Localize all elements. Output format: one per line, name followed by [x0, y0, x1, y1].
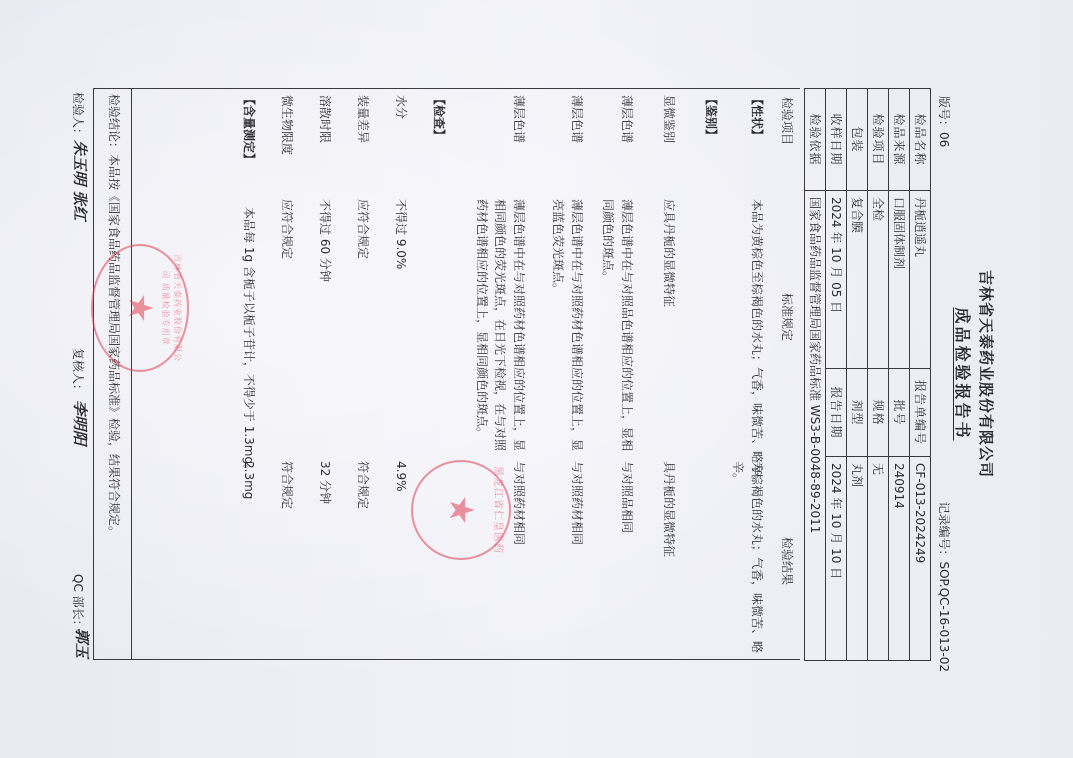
- section-identification: 【鉴别】: [701, 93, 720, 141]
- company-name: 吉林省天泰药业股份有限公司: [974, 88, 997, 660]
- result-text: 具丹栀的显微特征: [659, 461, 678, 653]
- inspector-signature: 朱玉明 张红: [68, 140, 91, 220]
- report-no-value: CF-013-2024249: [910, 457, 931, 661]
- dosage-value: 丸剂: [847, 457, 868, 661]
- item-text: 薄层色谱: [509, 95, 528, 143]
- item-label: 检验项目: [868, 89, 889, 191]
- results-section: 检验项目 标准规定 检验结果 【性状】 本品为黄棕色至棕褐色的水丸；气香，味微苦…: [93, 88, 800, 660]
- result-text: 为棕褐色的水丸；气香，味微苦、略辛。: [729, 461, 766, 653]
- column-header-item: 检验项目: [777, 97, 796, 145]
- standard-text: 薄层色谱中在与对照品色谱相应的位置上，显相同颜色的斑点。: [599, 199, 636, 457]
- info-row: 检品来源 口服固体制剂 批号 240914: [889, 89, 910, 661]
- result-text: 与对照品相同: [617, 461, 636, 653]
- signature-line: 检验人： 朱玉明 张红 复核人： 李明阳 QC 部长： 郭玉: [63, 88, 87, 660]
- source-label: 检品来源: [889, 89, 910, 191]
- info-row: 检验项目 全检 规格 无: [868, 89, 889, 661]
- standard-text: 应具丹栀的显微特征: [659, 199, 678, 499]
- result-text: 符合规定: [353, 461, 372, 653]
- official-stamp-2: 吉林省天泰药业股份有限公司 质量检验专用章 ★: [91, 244, 189, 372]
- product-name-value: 丹栀逍遥丸: [910, 191, 931, 369]
- section-character: 【性状】: [747, 93, 766, 141]
- standard-text: 不得过 9.0%: [391, 199, 410, 499]
- product-info-table: 检品名称 丹栀逍遥丸 报告单编号 CF-013-2024249 检品来源 口服固…: [804, 88, 931, 661]
- package-value: 复合膜: [847, 191, 868, 369]
- standard-text: 薄层色谱中在与对照药材色谱相应的位置上，显相同颜色的荧光斑点，在日光下检视，在与…: [472, 199, 528, 457]
- item-value: 全检: [868, 191, 889, 369]
- item-text: 薄层色谱: [617, 95, 636, 143]
- spec-label: 规格: [868, 369, 889, 457]
- report-date-value: 2024 年 10 月 10 日: [826, 457, 847, 661]
- qc-signature: 郭玉: [70, 628, 93, 658]
- item-text: 显微鉴别: [659, 95, 678, 143]
- column-header-standard: 标准规定: [777, 293, 796, 341]
- source-value: 口服固体制剂: [889, 191, 910, 369]
- stamp-text: 黑龙江省仁皇医药: [490, 462, 506, 558]
- info-row: 包装 复合膜 剂型 丸剂: [847, 89, 868, 661]
- item-text: 微生物限度: [277, 95, 296, 155]
- stamp-text: 吉林省天泰药业股份有限公司 质量检验专用章: [158, 246, 183, 370]
- section-inspection: 【检查】: [429, 93, 448, 141]
- star-icon: ★: [123, 293, 157, 323]
- result-text: 32 分钟: [315, 461, 334, 653]
- sample-date-value: 2024 年 10 月 05 日: [826, 191, 847, 369]
- report-no-label: 报告单编号: [910, 369, 931, 457]
- basis-label: 检验依据: [805, 89, 826, 191]
- record-number: 记录编号：SOP.QC-16-013-02: [934, 501, 953, 672]
- inspection-report-document: 吉林省天泰药业股份有限公司 成品检验报告书 版号：06 记录编号：SOP.QC-…: [71, 88, 931, 660]
- info-row: 检品名称 丹栀逍遥丸 报告单编号 CF-013-2024249: [910, 89, 931, 661]
- package-label: 包装: [847, 89, 868, 191]
- batch-value: 240914: [889, 457, 910, 661]
- standard-text: 不得过 60 分钟: [315, 199, 334, 499]
- version-number: 版号：06: [934, 96, 953, 147]
- column-header-result: 检验结果: [777, 537, 796, 585]
- result-text: 2.3mg: [239, 461, 258, 653]
- section-assay: 【含量测定】: [239, 93, 258, 165]
- result-text: 4.9%: [391, 461, 410, 653]
- basis-value: 国家食品药品监督管理局国家药品标准 WS3-B-0048-89-2011: [805, 191, 826, 661]
- item-text: 水分: [391, 95, 410, 119]
- result-text: 与对照药材相同: [509, 461, 528, 653]
- spec-value: 无: [868, 457, 889, 661]
- reviewer-label: 复核人：: [68, 348, 87, 396]
- report-date-label: 报告日期: [826, 369, 847, 457]
- qc-label: QC 部长：: [68, 574, 87, 632]
- reviewer-signature: 李明阳: [68, 400, 91, 445]
- standard-text: 应符合规定: [353, 199, 372, 499]
- standard-text: 应符合规定: [277, 199, 296, 499]
- item-text: 装量差异: [353, 95, 372, 143]
- sample-date-label: 收样日期: [826, 89, 847, 191]
- info-row: 检验依据 国家食品药品监督管理局国家药品标准 WS3-B-0048-89-201…: [805, 89, 826, 661]
- dosage-label: 剂型: [847, 369, 868, 457]
- inspector-label: 检验人：: [68, 92, 87, 140]
- report-title-text: 成品检验报告书: [953, 307, 972, 440]
- conclusion-box: 检验结论：本品按《国家食品药品监督管理局国家药品标准》检验，结果符合规定。: [93, 88, 132, 660]
- batch-label: 批号: [889, 369, 910, 457]
- info-row: 收样日期 2024 年 10 月 05 日 报告日期 2024 年 10 月 1…: [826, 89, 847, 661]
- official-stamp-1: 黑龙江省仁皇医药 ★: [411, 460, 511, 560]
- product-name-label: 检品名称: [910, 89, 931, 191]
- item-text: 溶散时限: [315, 95, 334, 143]
- star-icon: ★: [444, 495, 478, 525]
- result-text: 符合规定: [277, 461, 296, 653]
- result-text: 与对照药材相同: [567, 461, 586, 653]
- standard-text: 薄层色谱中在与对照药材色谱相应的位置上，显亮蓝色荧光斑点。: [549, 199, 586, 457]
- item-text: 薄层色谱: [567, 95, 586, 143]
- standard-text: 本品为黄棕色至棕褐色的水丸；气香，味微苦、略辛。: [747, 199, 766, 499]
